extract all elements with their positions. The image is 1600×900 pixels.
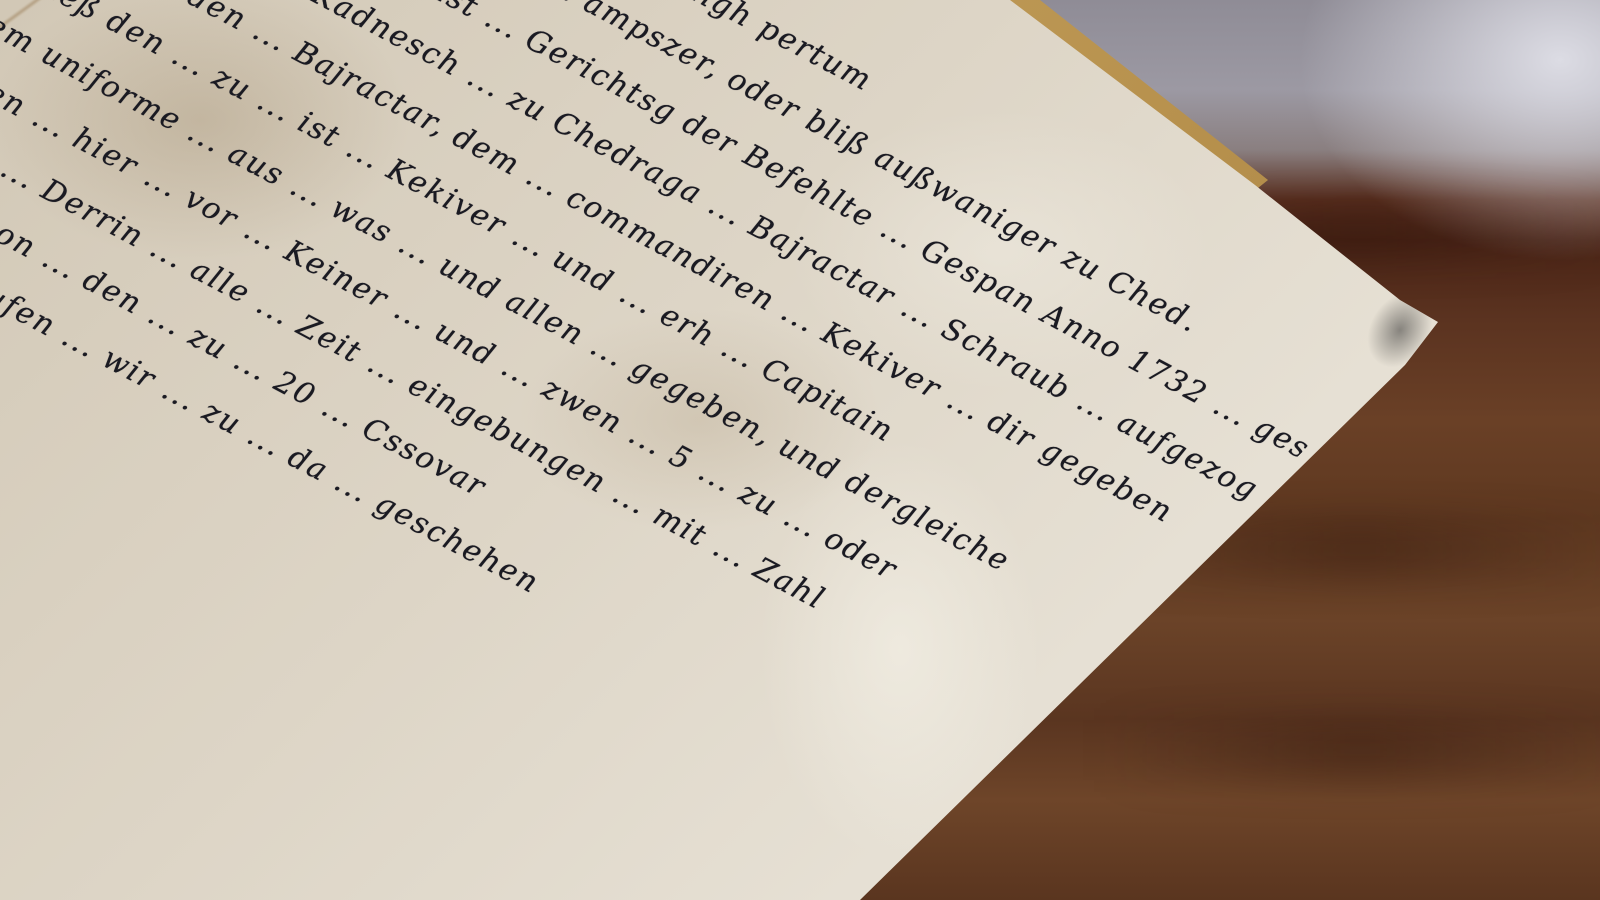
photo-scene: ... Zangh pertum ... ndse Bay ... ampsze… bbox=[0, 0, 1600, 900]
manuscript-page: ... Zangh pertum ... ndse Bay ... ampsze… bbox=[0, 0, 1600, 900]
handwriting-block: ... Zangh pertum ... ndse Bay ... ampsze… bbox=[0, 0, 1600, 900]
